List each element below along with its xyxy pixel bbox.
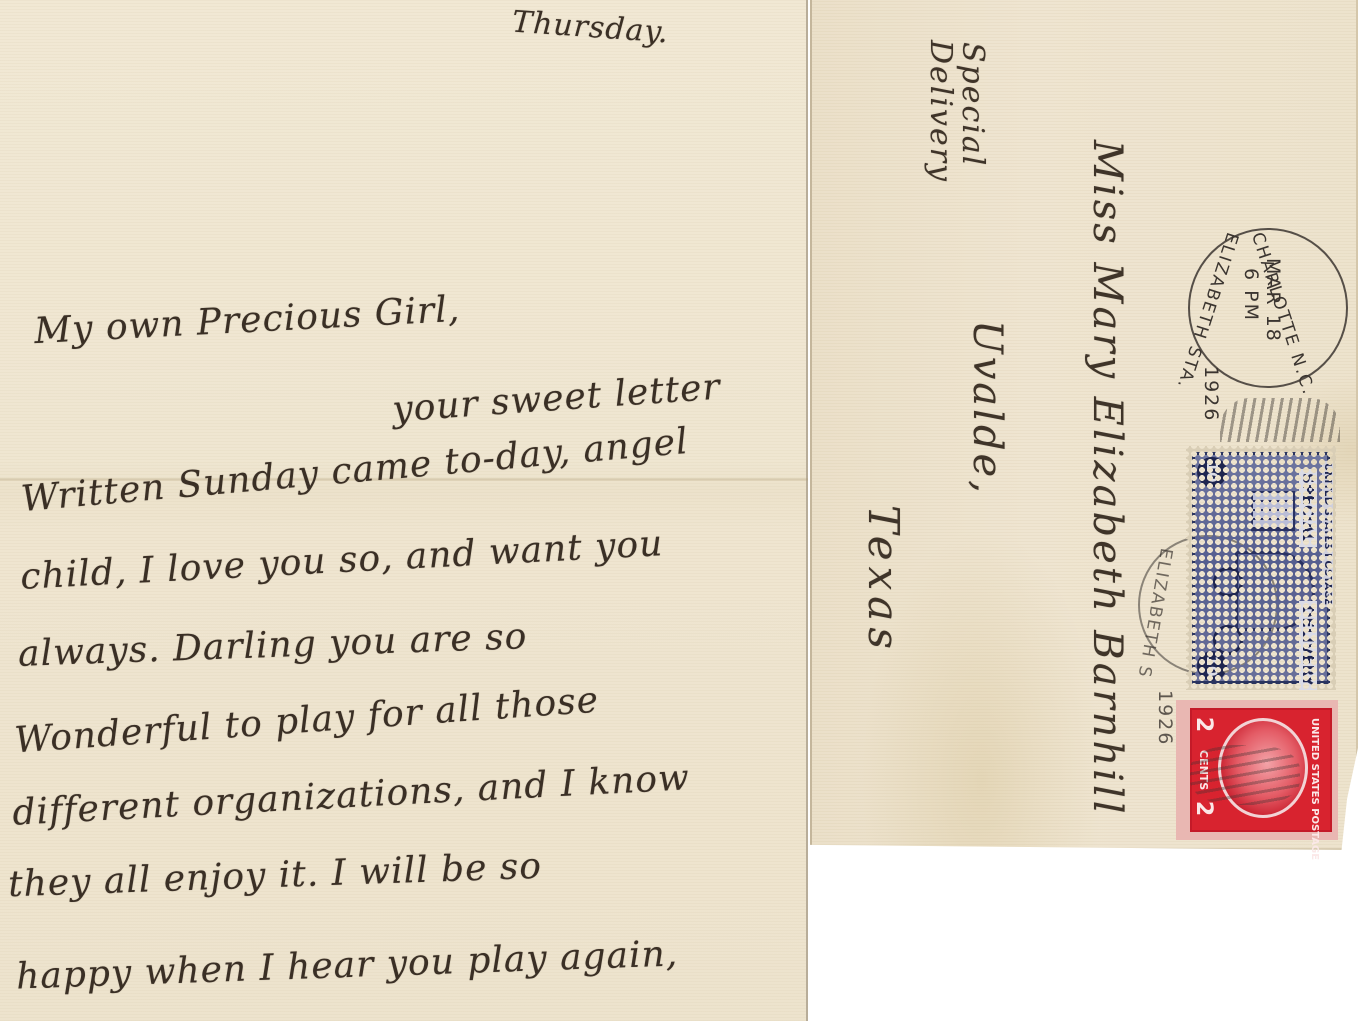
stamp-value: 10 (1197, 457, 1227, 487)
postmark-year: 1926 (1200, 366, 1222, 422)
stamp-label-special: SPECIAL (1299, 469, 1317, 547)
envelope-annotation-special: Special (955, 42, 990, 167)
stamp-value: 10 (1197, 651, 1227, 681)
motorcycle-wheel-icon (1213, 625, 1243, 655)
postmark-secondary-year: 1926 (1154, 690, 1176, 746)
envelope-recipient: Miss Mary Elizabeth Barnhill (1084, 140, 1130, 817)
cancellation-lines-icon (1190, 745, 1300, 805)
envelope-state: Texas (859, 505, 908, 655)
special-delivery-stamp: 10 10 UNITED STATES POSTAGE SPECIAL DELI… (1186, 446, 1336, 690)
post-office-window-icon (1251, 491, 1295, 531)
stamp-value: 2 (1191, 801, 1216, 816)
cancellation-lines-icon (1220, 398, 1340, 442)
stamp-engraving: 10 10 UNITED STATES POSTAGE SPECIAL DELI… (1192, 452, 1330, 684)
postmark-time: 6 PM (1240, 268, 1262, 322)
postmark-date: MAR 18 (1262, 258, 1284, 343)
motorcycle-wheel-icon (1213, 567, 1243, 597)
envelope-annotation-delivery: Delivery (923, 40, 958, 183)
stamp-value: 2 (1191, 717, 1216, 732)
stamp-country-label: UNITED STATES POSTAGE (1322, 461, 1333, 607)
envelope-city: Uvalde, (964, 320, 1010, 496)
stamp-country-label: UNITED STATES POSTAGE (1309, 718, 1320, 860)
stamp-label-delivery: DELIVERY (1299, 601, 1317, 690)
